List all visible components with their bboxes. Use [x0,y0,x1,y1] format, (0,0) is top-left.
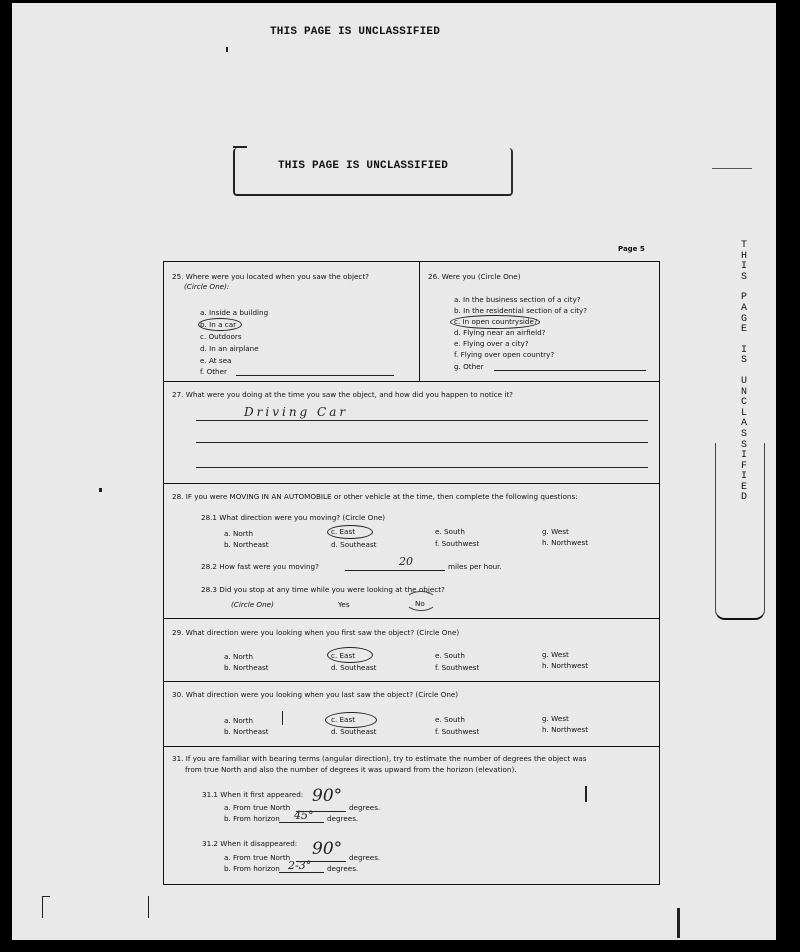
row-q27: 27. What were you doing at the time you … [164,381,659,484]
q28-1-option-d[interactable]: d. Southeast [331,540,376,549]
classification-stamp-box [233,148,513,196]
q29-option-f[interactable]: f. Southwest [435,663,479,672]
top-classification-stamp: THIS PAGE IS UNCLASSIFIED [270,26,440,38]
q28-1-option-f[interactable]: f. Southwest [435,539,479,548]
q28-question: 28. IF you were MOVING IN AN AUTOMOBILE … [172,492,578,501]
q28-1-option-g[interactable]: g. West [542,527,569,536]
q28-2-unit: miles per hour. [448,562,502,571]
scanned-page: THIS PAGE IS UNCLASSIFIED THIS PAGE IS U… [12,3,776,940]
vertical-stamp-bracket [715,443,765,620]
pen-mark [282,711,283,725]
q28-3-question: 28.3 Did you stop at any time while you … [201,585,445,594]
scan-artifact [677,908,680,938]
q28-1-option-e[interactable]: e. South [435,527,465,536]
q27-handwritten-answer: Driving Car [244,405,348,419]
stamp-letter: U [738,377,750,388]
q31-1-label: 31.1 When it first appeared: [202,790,303,799]
questionnaire-form: 25. Where were you located when you saw … [163,261,660,885]
q27-answer-line-3[interactable] [196,467,648,468]
q27-answer-line-2[interactable] [196,442,648,443]
column-divider [419,262,420,381]
q26-option-a[interactable]: a. In the business section of a city? [454,295,581,304]
stamp-letter: S [738,356,750,367]
q29-option-e[interactable]: e. South [435,651,465,660]
q26-option-f[interactable]: f. Flying over open country? [454,350,554,359]
q31-2-a-handwritten: 90° [312,839,342,859]
q31-1-b-unit: degrees. [327,814,358,823]
q29-question: 29. What direction were you looking when… [172,628,459,637]
q28-1-question: 28.1 What direction were you moving? (Ci… [201,513,385,522]
q28-2-handwritten-answer: 20 [399,555,413,568]
q26-question: 26. Were you (Circle One) [428,272,521,281]
q30-answer-circle [325,712,377,728]
q27-question: 27. What were you doing at the time you … [172,390,513,399]
boxed-classification-stamp: THIS PAGE IS UNCLASSIFIED [278,160,448,172]
q31-2-b-label: b. From horizon [224,864,280,873]
q31-1-b-field[interactable] [279,822,324,823]
q29-option-a[interactable]: a. North [224,652,253,661]
row-q31: 31. If you are familiar with bearing ter… [164,746,659,884]
q25-answer-circle [198,318,242,331]
q30-option-f[interactable]: f. Southwest [435,727,479,736]
q31-1-a-label: a. From true North [224,803,290,812]
q30-option-e[interactable]: e. South [435,715,465,724]
page-number: Page 5 [618,245,645,253]
stamp-letter: T [738,241,750,252]
q25-option-f[interactable]: f. Other [200,367,227,376]
q31-1-b-label: b. From horizon [224,814,280,823]
q26-option-g[interactable]: g. Other [454,362,484,371]
q25-option-d[interactable]: d. In an airplane [200,344,259,353]
q26-answer-circle [450,315,540,329]
q26-other-field[interactable] [494,370,646,371]
q28-3-instruction: (Circle One) [231,600,274,609]
stamp-letter: S [738,430,750,441]
stamp-letter: A [738,304,750,315]
row-q28: 28. IF you were MOVING IN AN AUTOMOBILE … [164,483,659,619]
q29-option-g[interactable]: g. West [542,650,569,659]
q31-2-b-unit: degrees. [327,864,358,873]
pen-mark [585,786,587,802]
scan-artifact [42,896,43,918]
q25-option-a[interactable]: a. Inside a building [200,308,268,317]
row-q30: 30. What direction were you looking when… [164,681,659,747]
q27-answer-line-1[interactable] [196,420,648,421]
q25-question: 25. Where were you located when you saw … [172,272,369,281]
q30-option-h[interactable]: h. Northwest [542,725,588,734]
scan-artifact [99,488,102,492]
q29-option-b[interactable]: b. Northeast [224,663,269,672]
q28-1-answer-circle [327,525,373,539]
q26-option-d[interactable]: d. Flying near an airfield? [454,328,545,337]
q31-2-b-handwritten: 2-3° [288,859,311,872]
q31-2-a-unit: degrees. [349,853,380,862]
row-q25-q26: 25. Where were you located when you saw … [164,262,659,382]
q31-1-a-unit: degrees. [349,803,380,812]
stamp-letter: E [738,325,750,336]
q28-1-option-b[interactable]: b. Northeast [224,540,269,549]
q31-question-line-1: 31. If you are familiar with bearing ter… [172,754,587,763]
q28-2-question: 28.2 How fast were you moving? [201,562,319,571]
q30-option-b[interactable]: b. Northeast [224,727,269,736]
q28-1-option-h[interactable]: h. Northwest [542,538,588,547]
scan-artifact [148,896,149,918]
q26-option-e[interactable]: e. Flying over a city? [454,339,529,348]
q29-option-h[interactable]: h. Northwest [542,661,588,670]
q30-option-d[interactable]: d. Southeast [331,727,376,736]
q30-option-a[interactable]: a. North [224,716,253,725]
q28-1-option-a[interactable]: a. North [224,529,253,538]
q29-option-d[interactable]: d. Southeast [331,663,376,672]
q26-option-b[interactable]: b. In the residential section of a city? [454,306,587,315]
q30-question: 30. What direction were you looking when… [172,690,458,699]
q28-3-option-yes[interactable]: Yes [338,600,350,609]
q25-option-e[interactable]: e. At sea [200,356,231,365]
scan-artifact [712,168,752,169]
q31-2-b-field[interactable] [279,872,324,873]
q29-answer-circle [327,647,373,663]
q28-2-speed-field[interactable] [345,570,445,571]
scan-artifact [42,896,50,897]
q31-2-label: 31.2 When it disappeared: [202,839,297,848]
q31-question-line-2: from true North and also the number of d… [185,765,517,774]
q25-other-field[interactable] [236,375,394,376]
row-q29: 29. What direction were you looking when… [164,618,659,682]
q31-1-a-handwritten: 90° [312,786,342,806]
q25-instruction: (Circle One): [184,282,229,291]
q31-1-b-handwritten: 45° [294,809,314,822]
q25-option-c[interactable]: c. Outdoors [200,332,242,341]
q30-option-g[interactable]: g. West [542,714,569,723]
stamp-letter: S [738,273,750,284]
q28-3-answer-mark [405,591,437,611]
scan-artifact [226,47,228,52]
q31-2-a-label: a. From true North [224,853,290,862]
